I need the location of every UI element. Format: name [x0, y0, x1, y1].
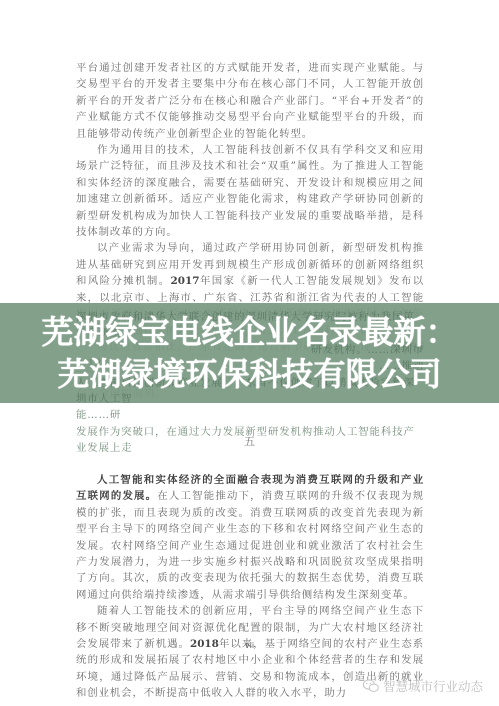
- page-number: vii: [0, 641, 499, 650]
- year-number: 2017: [171, 275, 200, 287]
- underlay-line: 能……研: [76, 407, 424, 423]
- wechat-icon: [362, 679, 380, 693]
- title-banner: 深圳市政府和清华大学联合创建的深圳清华大学研究院被称为我国第一家新型 研发机构。…: [0, 303, 499, 403]
- paragraph: 平台通过创建开发者社区的方式赋能开发者，进而实现产业赋能。与交易型平台的开发者主…: [76, 60, 424, 142]
- watermark-text: 智慧城市行业动态: [383, 677, 483, 695]
- document-page: 平台通过创建开发者社区的方式赋能开发者，进而实现产业赋能。与交易型平台的开发者主…: [0, 0, 499, 706]
- watermark: 智慧城市行业动态: [362, 677, 483, 695]
- paragraph: 作为通用目的技术，人工智能科技创新不仅具有学科交叉和应用场景广泛特征，而且涉及技…: [76, 142, 424, 240]
- paragraph-text: 在人工智能推动下，消费互联网的升级不仅表现为规模的扩张，而且表现为质的改变。消费…: [76, 490, 424, 600]
- banner-title: 芜湖绿宝电线企业名录最新：芜湖绿境环保科技有限公司: [0, 303, 499, 403]
- paragraph: 人工智能和实体经济的全面融合表现为消费互联网的升级和产业互联网的发展。在人工智能…: [76, 472, 424, 603]
- text-block-lower: 人工智能和实体经济的全面融合表现为消费互联网的升级和产业互联网的发展。在人工智能…: [76, 472, 424, 702]
- underlay-line: 发展作为突破口，在通过大力发展新型研发机构推动人工智能科技产业发展上走: [76, 424, 424, 457]
